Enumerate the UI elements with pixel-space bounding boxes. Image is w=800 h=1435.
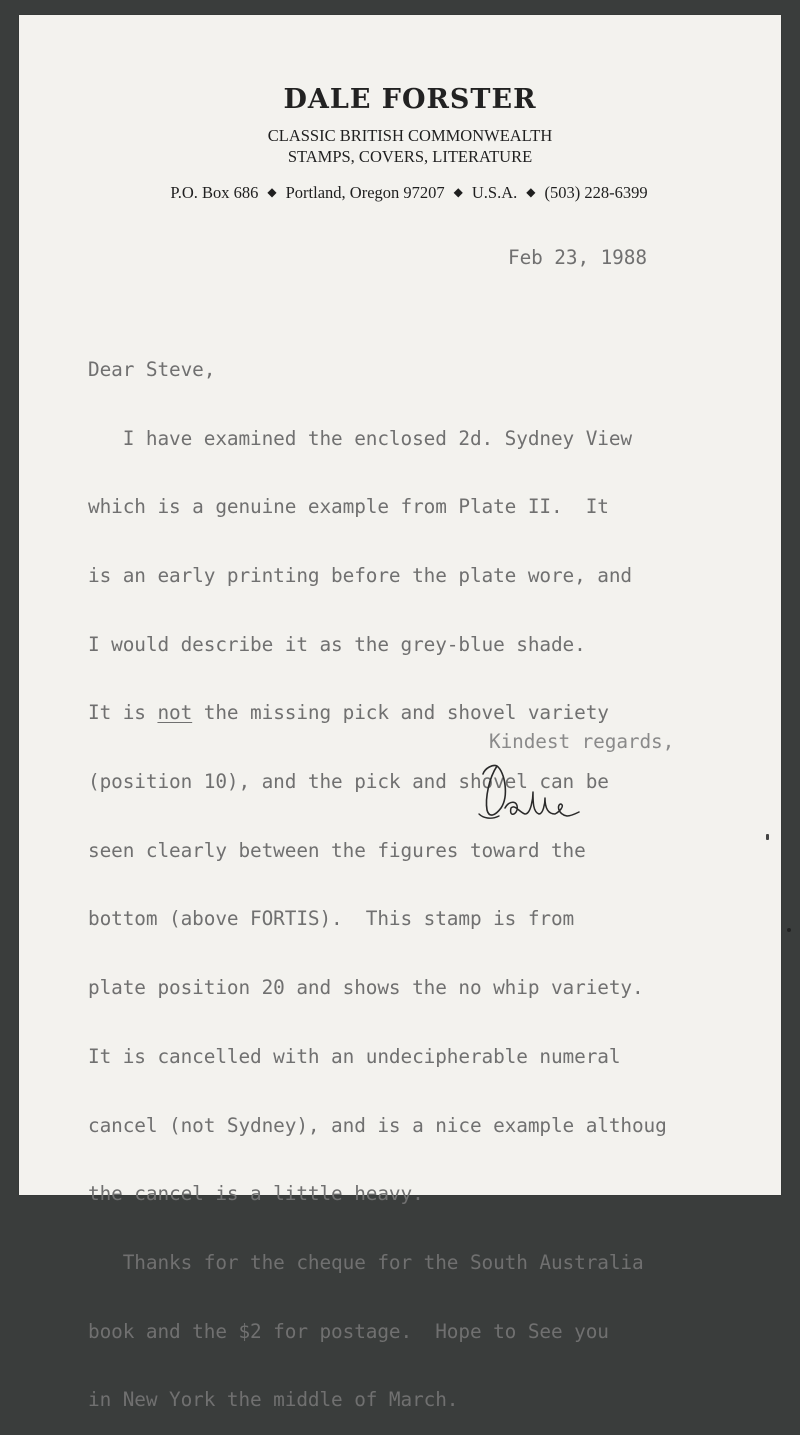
body-line: It is not the missing pick and shovel va…: [88, 702, 667, 725]
body-line-start: It is: [88, 701, 157, 724]
diamond-separator-icon: ◆: [526, 185, 535, 200]
salutation: Dear Steve,: [88, 359, 667, 382]
diamond-separator-icon: ◆: [267, 185, 276, 200]
body-line: plate position 20 and shows the no whip …: [88, 977, 667, 1000]
po-box: P.O. Box 686: [170, 183, 258, 202]
paper-speck: [787, 928, 791, 932]
body-line: I have examined the enclosed 2d. Sydney …: [88, 428, 667, 451]
body-line: bottom (above FORTIS). This stamp is fro…: [88, 908, 667, 931]
letterhead-tagline-2: STAMPS, COVERS, LITERATURE: [0, 147, 800, 167]
body-line: I would describe it as the grey-blue sha…: [88, 634, 667, 657]
city-address: Portland, Oregon 97207: [286, 183, 445, 202]
country: U.S.A.: [472, 183, 517, 202]
body-line: the cancel is a little heavy.: [88, 1183, 667, 1206]
paper-speck: [766, 834, 769, 840]
diamond-separator-icon: ◆: [454, 185, 463, 200]
phone-number: (503) 228-6399: [545, 183, 648, 202]
underlined-word: not: [157, 701, 192, 724]
letter-date: Feb 23, 1988: [508, 246, 647, 269]
body-line: seen clearly between the figures toward …: [88, 840, 667, 863]
letterhead-tagline-1: CLASSIC BRITISH COMMONWEALTH: [0, 126, 800, 146]
body-line-rest: the missing pick and shovel variety: [192, 701, 609, 724]
signature-icon: [475, 758, 585, 828]
body-line: It is cancelled with an undecipherable n…: [88, 1046, 667, 1069]
letterhead-name: DALE FORSTER: [0, 84, 800, 115]
body-line: is an early printing before the plate wo…: [88, 565, 667, 588]
letterhead-contact: P.O. Box 686◆Portland, Oregon 97207◆U.S.…: [0, 183, 800, 203]
body-line: cancel (not Sydney), and is a nice examp…: [88, 1115, 667, 1138]
body-line: which is a genuine example from Plate II…: [88, 496, 667, 519]
closing: Kindest regards,: [489, 730, 674, 753]
